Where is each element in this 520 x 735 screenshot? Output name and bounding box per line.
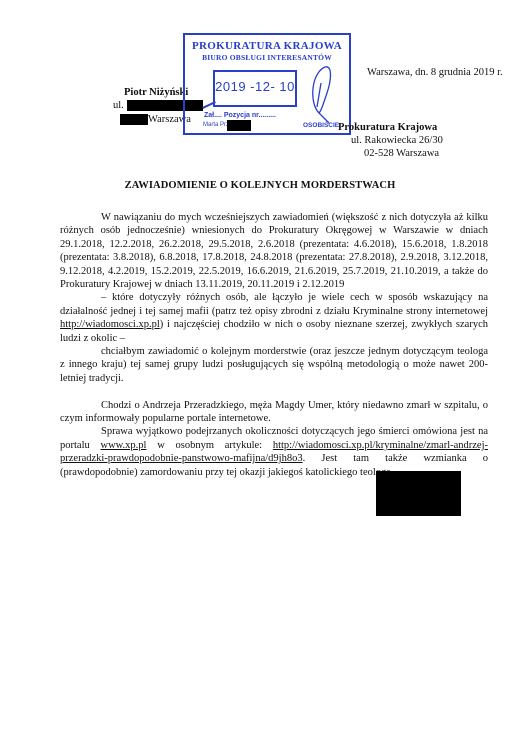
paragraph-2-text-a: – które dotyczyły różnych osób, ale łącz… (60, 292, 488, 316)
paragraph-4: Chodzi o Andrzeja Przeradzkiego, męża Ma… (60, 399, 488, 426)
received-stamp: PROKURATURA KRAJOWA BIURO OBSŁUGI INTERE… (183, 33, 351, 135)
paragraph-5-text-b: w osobnym artykule: (146, 440, 272, 451)
stamp-date-box: 2019 -12- 10 (213, 70, 297, 107)
sender-street-prefix: ul. (113, 100, 124, 111)
redacted-stamp-name (227, 120, 251, 131)
recipient-postal-city: 02-528 Warszawa (338, 147, 443, 160)
stamp-position-label: Zał.... Pozycja nr......... (204, 112, 276, 119)
stamp-received-by: Marta Prz (203, 122, 229, 128)
stamp-subtitle: BIURO OBSŁUGI INTERESANTÓW (185, 53, 349, 62)
signature-icon (307, 63, 337, 125)
stamp-title: PROKURATURA KRAJOWA (185, 40, 349, 52)
sender-name: Piotr Niżyński (124, 87, 188, 98)
recipient-name: Prokuratura Krajowa (338, 121, 443, 134)
document-title: ZAWIADOMIENIE O KOLEJNYCH MORDERSTWACH (0, 180, 520, 191)
paragraph-3: chciałbym zawiadomić o kolejnym morderst… (60, 345, 488, 385)
document-body: W nawiązaniu do mych wcześniejszych zawi… (60, 211, 488, 479)
stamp-date: 2019 -12- 10 (215, 79, 295, 94)
paragraph-2: – które dotyczyły różnych osób, ale łącz… (60, 291, 488, 345)
wiadomosci-link[interactable]: http://wiadomosci.xp.pl (60, 319, 160, 330)
recipient-street: ul. Rakowiecka 26/30 (338, 134, 443, 147)
redacted-postal-code (120, 114, 148, 125)
place-date: Warszawa, dn. 8 grudnia 2019 r. (367, 67, 503, 78)
xp-portal-link[interactable]: www.xp.pl (100, 440, 146, 451)
redacted-signature (376, 471, 461, 516)
paragraph-1: W nawiązaniu do mych wcześniejszych zawi… (60, 211, 488, 291)
recipient-block: Prokuratura Krajowa ul. Rakowiecka 26/30… (338, 121, 443, 160)
stamp-personal-label: OSOBIŚCIE (303, 122, 339, 129)
